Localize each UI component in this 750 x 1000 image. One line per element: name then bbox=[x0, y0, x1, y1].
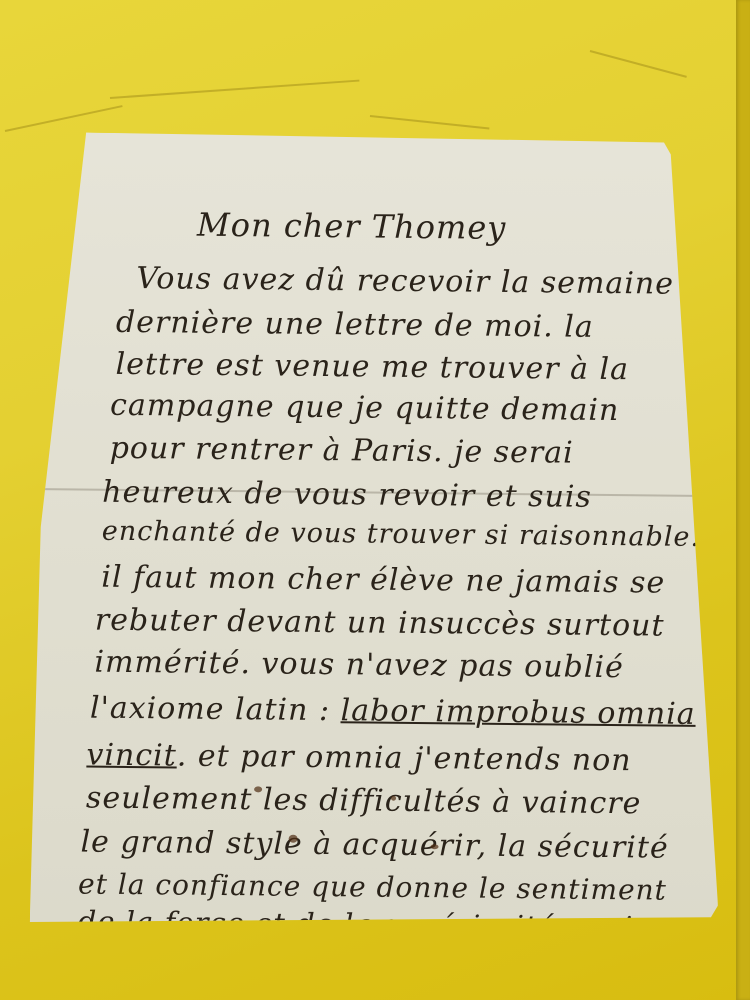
letter-line: pour rentrer à Paris. je serai bbox=[110, 431, 574, 471]
letter-line: seulement les difficultés à vaincre bbox=[86, 781, 642, 822]
ink-blot bbox=[391, 796, 396, 801]
letter-line: rebuter devant un insuccès surtout bbox=[95, 603, 665, 644]
letter-line: de la force et de la supériorité, mais bbox=[78, 904, 650, 944]
letter-text: l'axiome latin : bbox=[90, 691, 341, 729]
ink-blot bbox=[254, 786, 262, 792]
letter-line: le grand style à acquérir, la sécurité bbox=[80, 824, 668, 865]
salutation: Mon cher Thomey bbox=[197, 206, 507, 247]
letter-line: heureux de vous revoir et suis bbox=[102, 475, 592, 515]
letter-text: . et par omnia j'entends non bbox=[177, 738, 632, 778]
latin-quote: vincit bbox=[86, 738, 177, 774]
letter-line: campagne que je quitte demain bbox=[110, 388, 620, 428]
background-edge bbox=[736, 0, 750, 1000]
letter-line: dernière une lettre de moi. la bbox=[116, 305, 594, 345]
background-crease bbox=[370, 115, 490, 130]
latin-quote: labor improbus omnia bbox=[340, 693, 695, 732]
background-crease bbox=[590, 50, 687, 78]
letter-line: lettre est venue me trouver à la bbox=[115, 347, 629, 387]
background-crease bbox=[110, 80, 360, 99]
letter-line: vincit. et par omnia j'entends non bbox=[86, 738, 631, 779]
background-crease bbox=[5, 105, 123, 132]
letter-line: enchanté de vous trouver si raisonnable. bbox=[102, 516, 701, 553]
letter-line: l'axiome latin : labor improbus omnia bbox=[90, 691, 696, 732]
letter-line: il faut mon cher élève ne jamais se bbox=[101, 560, 665, 601]
ink-blot bbox=[431, 844, 439, 849]
letter-line: immérité. vous n'avez pas oublié bbox=[94, 645, 624, 686]
letter-line: et la confiance que donne le sentiment bbox=[78, 867, 667, 906]
letter-line: Vous avez dû recevoir la semaine bbox=[136, 261, 674, 302]
handwritten-letter: Mon cher Thomey Vous avez dû recevoir la… bbox=[30, 132, 726, 929]
ink-blot bbox=[289, 835, 298, 843]
